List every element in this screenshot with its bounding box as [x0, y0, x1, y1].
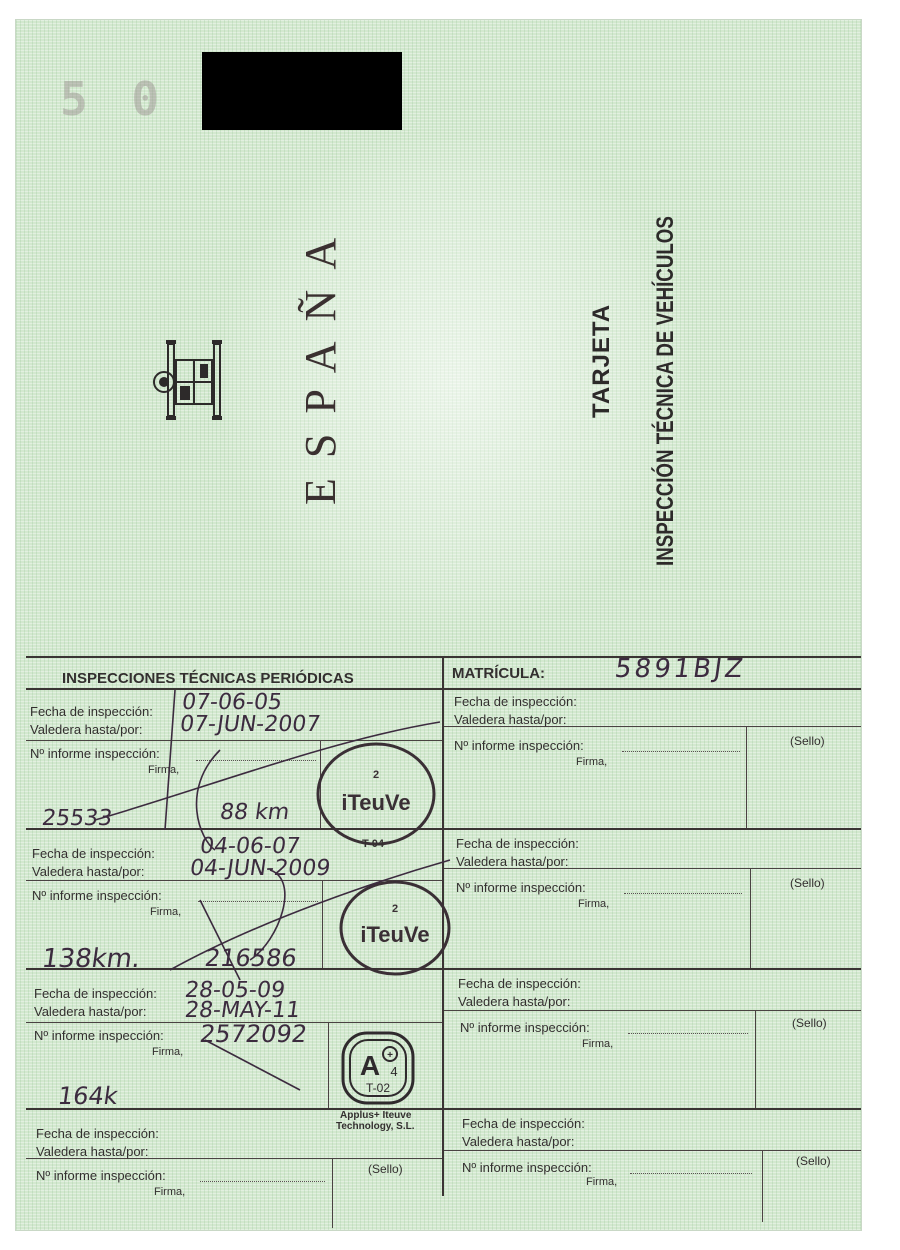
itv-round-stamp: 2 iTeuVe: [336, 878, 454, 978]
svg-text:4: 4: [390, 1064, 397, 1079]
informe-label: Nº informe inspección:: [36, 1168, 166, 1183]
itv-round-stamp: 2 iTeuVe: [312, 740, 440, 848]
firma-label: Firma,: [586, 1176, 617, 1188]
valedera-label: Valedera hasta/por:: [458, 994, 571, 1009]
fecha-label: Fecha de inspección:: [30, 704, 153, 719]
valedera-label: Valedera hasta/por:: [32, 864, 145, 879]
valedera-label: Valedera hasta/por:: [36, 1144, 149, 1159]
valedera-label: Valedera hasta/por:: [30, 722, 143, 737]
svg-text:2: 2: [373, 769, 379, 781]
fecha-label: Fecha de inspección:: [36, 1126, 159, 1141]
stamp-company: Technology, S.L.: [336, 1121, 415, 1132]
grid-line: [26, 1108, 861, 1110]
svg-text:+: +: [387, 1050, 393, 1061]
firma-label: Firma,: [152, 1046, 183, 1058]
firma-label: Firma,: [576, 756, 607, 768]
firma-label: Firma,: [148, 764, 179, 776]
handwritten-number: 25533: [40, 806, 114, 831]
valedera-label: Valedera hasta/por:: [456, 854, 569, 869]
card-title: TARJETA: [588, 304, 616, 418]
country-title: ESPAÑA: [295, 218, 346, 505]
sello-label: (Sello): [368, 1162, 403, 1176]
informe-label: Nº informe inspección:: [460, 1020, 590, 1035]
valedera-value: 07-JUN-2007: [178, 712, 322, 737]
plate-value: 5891BJZ: [613, 654, 748, 684]
informe-value: 2572092: [198, 1020, 309, 1048]
handwritten-mileage: 138km.: [40, 944, 142, 974]
applus-stamp: A + 4 T-02: [340, 1030, 416, 1106]
handwritten-number: 216586: [203, 944, 299, 972]
card-subtitle: INSPECCIÓN TÉCNICA DE VEHÍCULOS: [652, 216, 680, 566]
firma-label: Firma,: [582, 1038, 613, 1050]
sello-label: (Sello): [796, 1154, 831, 1168]
fecha-label: Fecha de inspección:: [454, 694, 577, 709]
fecha-label: Fecha de inspección:: [32, 846, 155, 861]
handwritten-mileage: 164k: [56, 1082, 120, 1110]
valedera-value: 04-JUN-2009: [188, 856, 332, 881]
firma-label: Firma,: [150, 906, 181, 918]
informe-label: Nº informe inspección:: [454, 738, 584, 753]
sello-label: (Sello): [790, 734, 825, 748]
stamp-code: T 04: [362, 838, 384, 850]
informe-label: Nº informe inspección:: [34, 1028, 164, 1043]
svg-text:iTeuVe: iTeuVe: [341, 790, 410, 815]
valedera-label: Valedera hasta/por:: [454, 712, 567, 727]
svg-text:2: 2: [392, 903, 398, 915]
fecha-label: Fecha de inspección:: [34, 986, 157, 1001]
informe-label: Nº informe inspección:: [32, 888, 162, 903]
stamp-company: Applus+ Iteuve: [340, 1110, 411, 1121]
informe-label: Nº informe inspección:: [456, 880, 586, 895]
svg-text:A: A: [360, 1050, 380, 1081]
valedera-label: Valedera hasta/por:: [462, 1134, 575, 1149]
fecha-label: Fecha de inspección:: [462, 1116, 585, 1131]
svg-text:iTeuVe: iTeuVe: [360, 922, 429, 947]
firma-label: Firma,: [578, 898, 609, 910]
coat-of-arms-of-spain-icon: [148, 340, 234, 420]
section-title: INSPECCIONES TÉCNICAS PERIÓDICAS: [62, 670, 354, 687]
sello-label: (Sello): [792, 1016, 827, 1030]
svg-text:T-02: T-02: [366, 1081, 390, 1095]
informe-label: Nº informe inspección:: [462, 1160, 592, 1175]
fecha-label: Fecha de inspección:: [456, 836, 579, 851]
valedera-label: Valedera hasta/por:: [34, 1004, 147, 1019]
grid-line: [26, 828, 861, 830]
itv-card: [16, 20, 861, 1230]
sello-label: (Sello): [790, 876, 825, 890]
mileage-note: 88 km: [218, 800, 291, 825]
redacted-block: [202, 52, 402, 130]
plate-label: MATRÍCULA:: [452, 665, 545, 682]
fecha-label: Fecha de inspección:: [458, 976, 581, 991]
firma-label: Firma,: [154, 1186, 185, 1198]
informe-label: Nº informe inspección:: [30, 746, 160, 761]
